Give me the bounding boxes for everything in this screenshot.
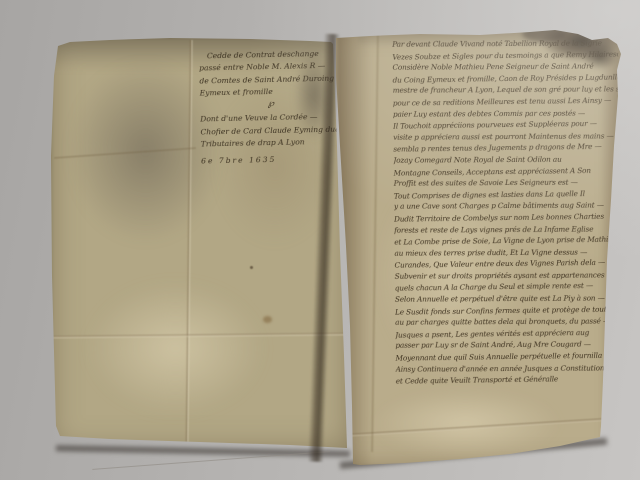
manuscript-line: et Cedde quite Veuilt Transporté et Géné… — [396, 373, 622, 388]
left-page-small-stain — [263, 316, 272, 323]
right-page-text: Par devant Claude Vivand noté Tabellion … — [392, 37, 622, 387]
left-page-highlight — [58, 261, 293, 436]
left-page: Cedde de Contrat deschangepassé entre No… — [50, 36, 350, 451]
right-page: Par devant Claude Vivand noté Tabellion … — [330, 26, 625, 468]
manuscript-photo: Cedde de Contrat deschangepassé entre No… — [0, 0, 640, 480]
left-page-ink-dot — [250, 266, 253, 269]
left-page-shadow — [56, 445, 350, 457]
